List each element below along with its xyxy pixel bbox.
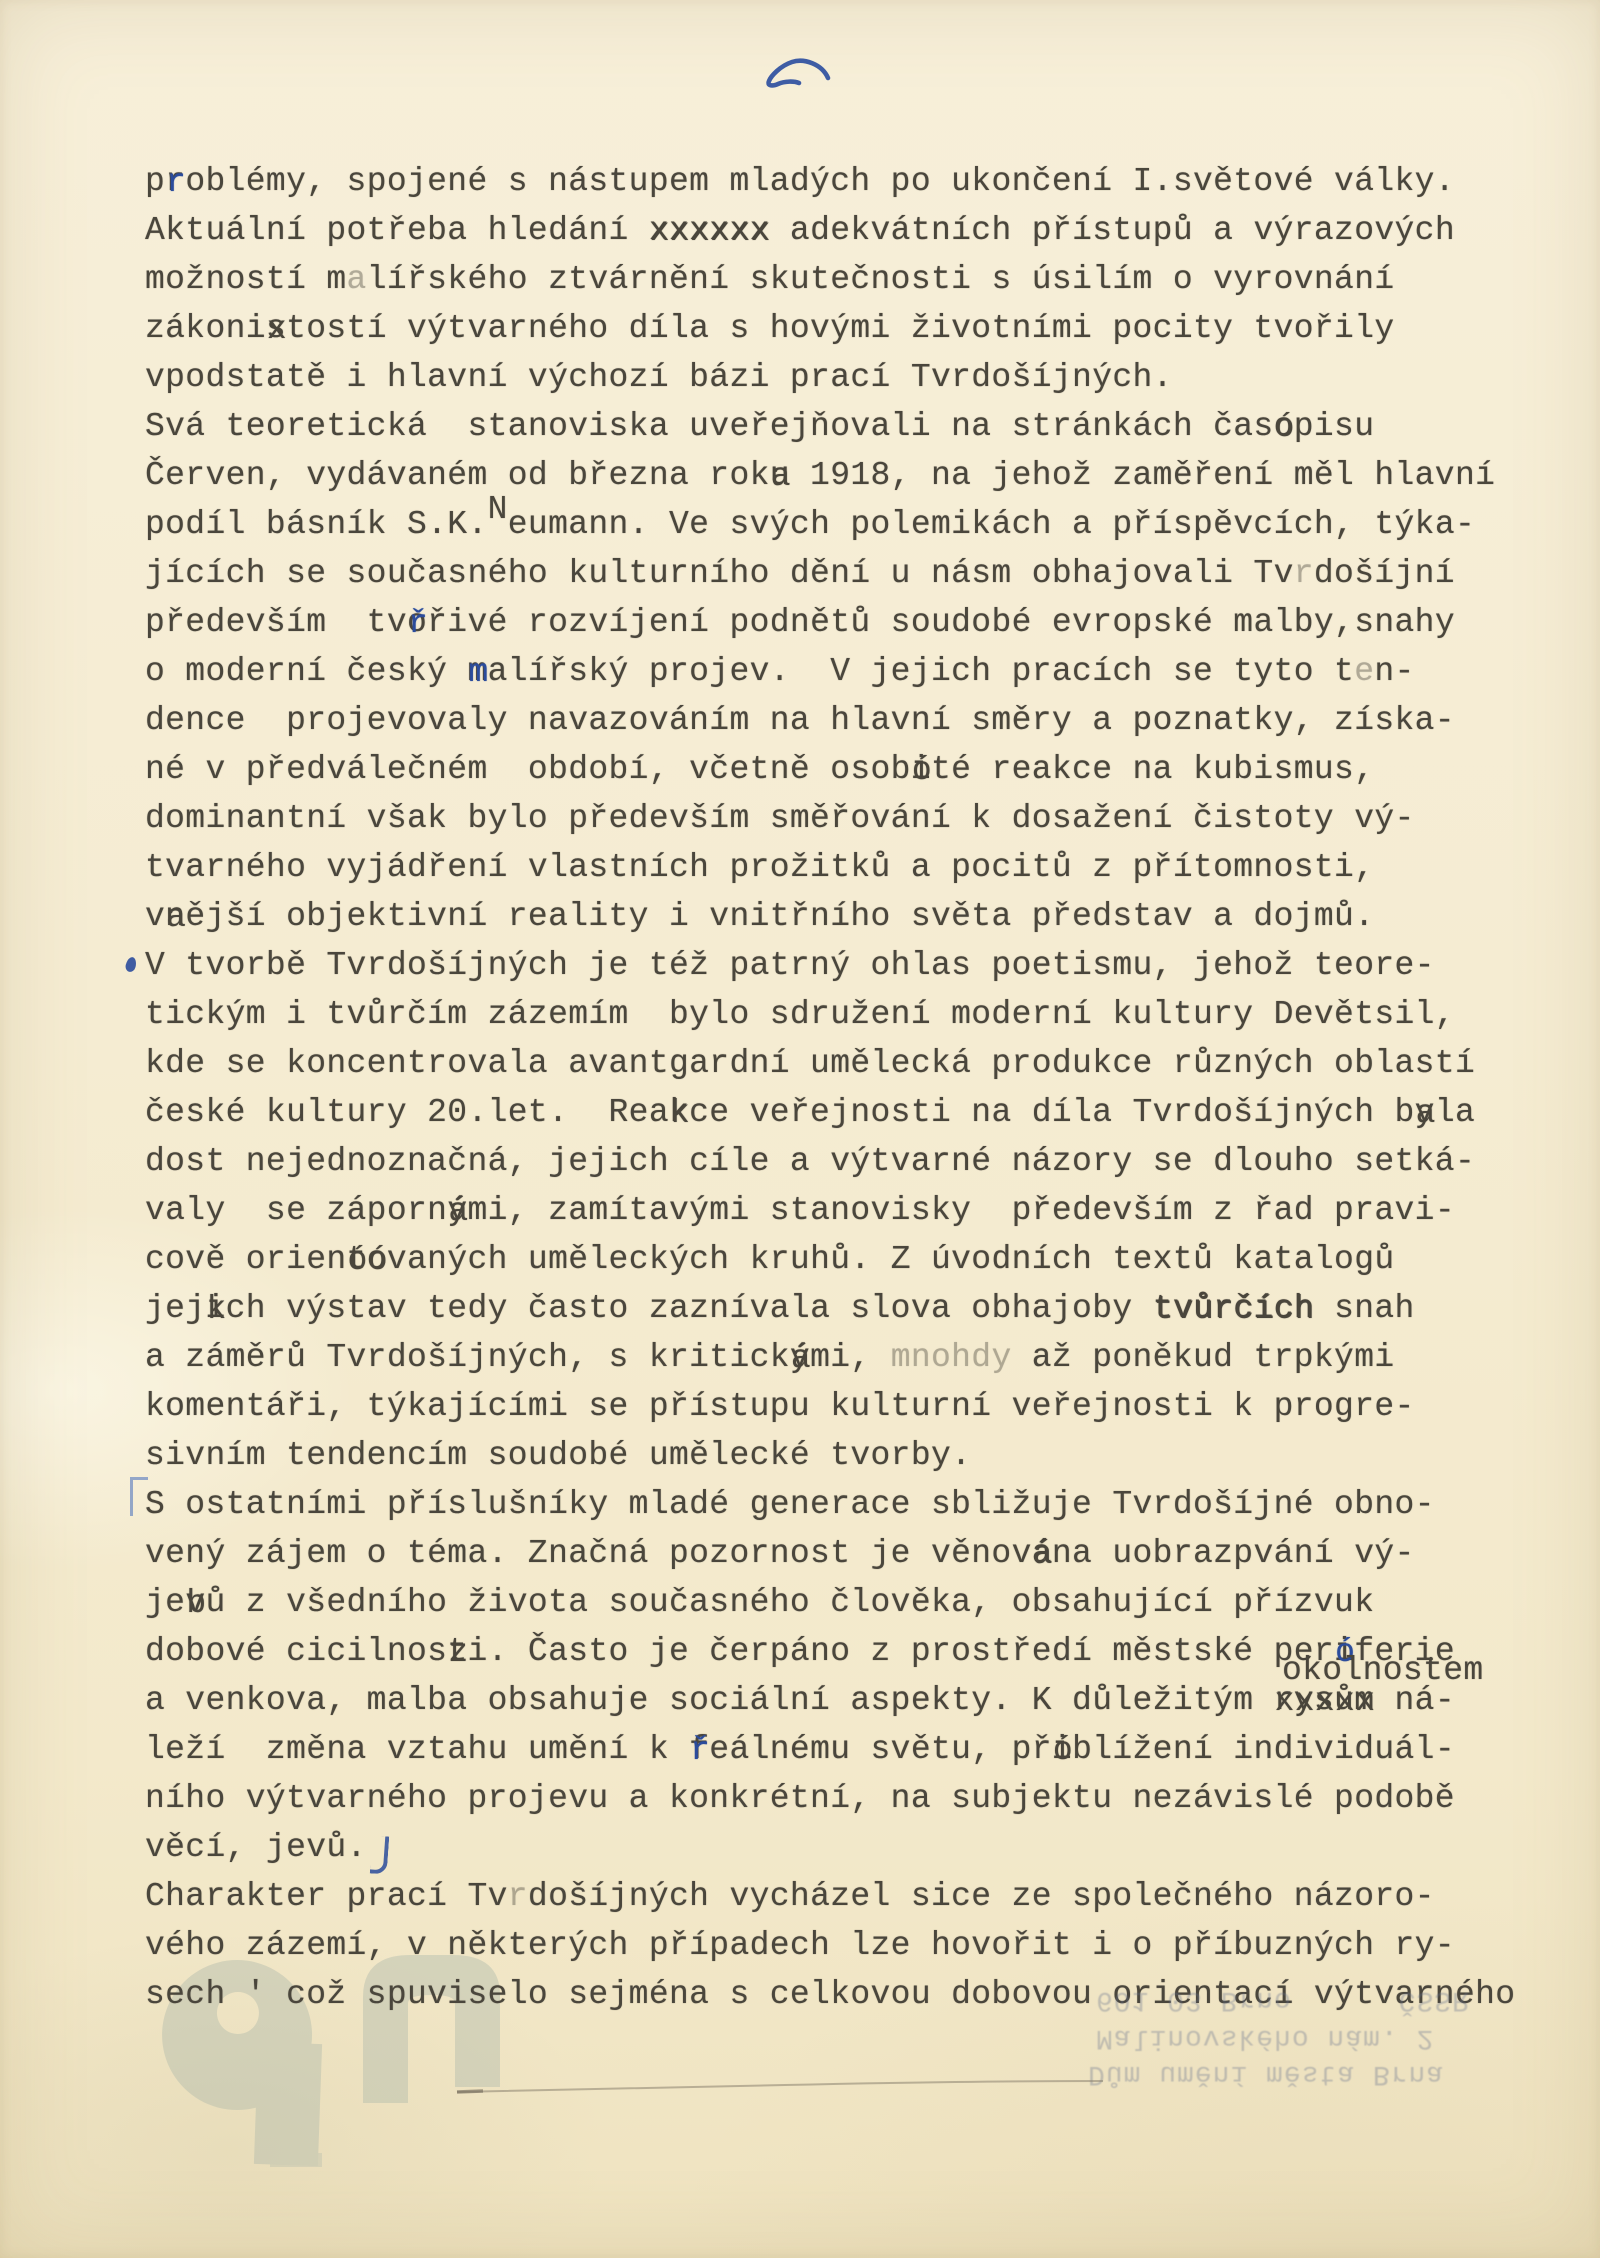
typed-segment: dominantní však bylo především směřování… [145, 794, 1415, 843]
typed-segment: vb [185, 1578, 205, 1627]
typed-segment: eumann. Ve svých polemikách a příspěvcíc… [508, 500, 1475, 549]
overtype-correction: ó [1275, 403, 1295, 452]
typed-segment: tvůrčíchtvůrčích [1153, 1284, 1314, 1333]
typed-segment: snah [1314, 1284, 1415, 1333]
typescript-body: prroblémy, spojené s nástupem mladých po… [145, 157, 1515, 2019]
typed-segment: ýá [447, 1186, 467, 1235]
typed-segment: Svá teoretická stanoviska uveřejňovali n… [145, 402, 1274, 451]
overtype-correction: r [166, 158, 186, 207]
typescript-line: Aktuální potřeba hledání xxxxxxxxxxxx ad… [145, 206, 1515, 255]
typed-segment: ik [205, 1284, 225, 1333]
typed-segment: mm [467, 647, 487, 696]
typed-segment: n- [1374, 647, 1414, 696]
typed-segment: v [145, 892, 165, 941]
typed-segment: eálnému světu, př [709, 1725, 1052, 1774]
typescript-line: kde se koncentrovala avantgardní uměleck… [145, 1039, 1515, 1088]
typescript-line: české kultury 20.let. Reakkce veřejnosti… [145, 1088, 1515, 1137]
typescript-line: S ostatními příslušníky mladé generace s… [145, 1480, 1515, 1529]
typed-segment: ější objektivní reality i vnitřního svět… [185, 892, 1374, 941]
overtype-correction: k [206, 1285, 226, 1334]
typed-segment: la [1435, 1088, 1475, 1137]
typescript-line: jejikch výstav tedy často zaznívala slov… [145, 1284, 1515, 1333]
typescript-line: tvarného vyjádření vlastních prožitků a … [145, 843, 1515, 892]
typed-segment: ů z všedního života současného člověka, … [205, 1578, 1374, 1627]
typed-segment: sx [266, 304, 286, 353]
typed-segment: leží změna vztahu umění k [145, 1725, 689, 1774]
typed-segment: xxxxxxxxxxxx [649, 206, 770, 255]
typed-segment: lířského ztvárnění skutečnosti s úsilím … [367, 255, 1395, 304]
typed-segment: valy se záporn [145, 1186, 447, 1235]
overtype-correction: x [267, 305, 287, 354]
typed-segment: dobové cicilnos [145, 1627, 447, 1676]
typed-segment: ua [770, 451, 790, 500]
typed-segment: je [145, 1578, 185, 1627]
overtype-correction: ř [690, 1726, 710, 1775]
typed-segment: adekvátních přístupů a výrazových [770, 206, 1455, 255]
typed-segment: ió [1052, 1725, 1072, 1774]
typescript-line: vnaější objektivní reality i vnitřního s… [145, 892, 1515, 941]
overtype-correction: a [166, 893, 186, 942]
typescript-line: komentáři, týkajícími se přístupu kultur… [145, 1382, 1515, 1431]
handwritten-page-number [752, 52, 838, 100]
typed-segment: vený zájem o téma. Značná pozornost je v… [145, 1529, 1032, 1578]
overtype-correction: a [1416, 1089, 1436, 1138]
overtype-correction: á [1033, 1530, 1053, 1579]
typed-segment: a [347, 255, 367, 304]
typed-segment: došíjných vycházel sice ze společného ná… [528, 1872, 1435, 1921]
overtype-correction: ó [912, 746, 932, 795]
typed-segment: Červen, vydávaném od března rok [145, 451, 770, 500]
overtype-correction: a [771, 452, 791, 501]
typescript-line: ního výtvarného projevu a konkrétní, na … [145, 1774, 1515, 1823]
typescript-line: Červen, vydávaném od března rokua 1918, … [145, 451, 1515, 500]
typescript-line: dominantní však bylo především směřování… [145, 794, 1515, 843]
typescript-line: cově orientoóóvaných uměleckých kruhů. Z… [145, 1235, 1515, 1284]
typescript-line: né v předválečném období, včetně osobiót… [145, 745, 1515, 794]
typed-segment: ya [1415, 1088, 1435, 1137]
bleedthrough-line: Malinovského nám. 2 [1096, 2022, 1434, 2053]
typed-segment: podíl básník S.K. [145, 500, 488, 549]
typed-segment: ió [911, 745, 931, 794]
typed-segment: alířský projev. V jejich pracích se tyto… [488, 647, 1355, 696]
overtype-correction: z [448, 1628, 468, 1677]
pencil-scratch-line [455, 2076, 1105, 2098]
typed-segment: ce veřejnosti na díla Tvrdošíjných b [689, 1088, 1415, 1137]
overtype-correction: m [468, 648, 488, 697]
overtype-correction: xxxxxx [650, 207, 771, 256]
typed-segment: áá [1032, 1529, 1052, 1578]
typed-segment: blížení individuál- [1072, 1725, 1455, 1774]
typescript-line: tickým i tvůrčím zázemím bylo sdružení m… [145, 990, 1515, 1039]
overtype-correction: ř [408, 599, 428, 648]
typescript-line: valy se zápornýámi, zamítavými stanovisk… [145, 1186, 1515, 1235]
typed-segment: p [145, 157, 165, 206]
typed-segment: oř [407, 598, 427, 647]
typed-insertion-above-line: okolnostem [1282, 1652, 1484, 1689]
typescript-line: V tvorbě Tvrdošíjných je též patrný ohla… [145, 941, 1515, 990]
typed-segment: věcí, jevů. [145, 1823, 367, 1872]
typed-segment: vaných uměleckých kruhů. Z úvodních text… [387, 1235, 1395, 1284]
typed-segment: oblémy, spojené s nástupem mladých po uk… [185, 157, 1455, 206]
overtype-correction: á [791, 1334, 811, 1383]
typescript-line: a záměrů Tvrdošíjných, s kritickýámi, mn… [145, 1333, 1515, 1382]
typed-segment: a venkova, malba obsahuje sociální aspek… [145, 1676, 1274, 1725]
overtype-correction: tvůrčích [1154, 1285, 1315, 1334]
scanned-document-page: prroblémy, spojené s nástupem mladých po… [0, 0, 1600, 2258]
typescript-line: Charakter prací Tvrdošíjných vycházel si… [145, 1872, 1515, 1921]
typed-segment: tickým i tvůrčím zázemím bylo sdružení m… [145, 990, 1455, 1039]
typed-segment: r [1294, 549, 1314, 598]
typed-segment: kk [669, 1088, 689, 1137]
typed-segment: mi, zamítavými stanovisky především z řa… [467, 1186, 1455, 1235]
typescript-line: jevbů z všedního života současného člově… [145, 1578, 1515, 1627]
bleedthrough-line: Dům umění města Brna [1088, 2058, 1444, 2089]
blue-margin-dot-mark [124, 956, 137, 973]
typed-segment: komentáři, týkajícími se přístupu kultur… [145, 1382, 1415, 1431]
typed-segment: až poněkud trpkými [1012, 1333, 1395, 1382]
typed-segment: tz [447, 1627, 467, 1676]
typed-segment: na uobrazpvání vý- [1052, 1529, 1415, 1578]
typed-segment: především tv [145, 598, 407, 647]
typed-segment: dost nejednoznačná, jejich cíle a výtvar… [145, 1137, 1475, 1186]
overtype-correction: á [448, 1187, 468, 1236]
typed-segment: N [488, 485, 508, 534]
typed-segment: jej [145, 1284, 205, 1333]
typescript-line: o moderní český mmalířský projev. V jeji… [145, 647, 1515, 696]
typed-segment: r [508, 1872, 528, 1921]
typed-segment: možností m [145, 255, 347, 304]
overtype-correction: k [670, 1089, 690, 1138]
typed-segment: vého zázemí, v některých případech lze h… [145, 1921, 1455, 1970]
typed-segment: na [165, 892, 185, 941]
typed-segment: oó [1274, 402, 1294, 451]
typed-segment: ního výtvarného projevu a konkrétní, na … [145, 1774, 1455, 1823]
typescript-line: dence projevovaly navazováním na hlavní … [145, 696, 1515, 745]
typescript-line: vený zájem o téma. Značná pozornost je v… [145, 1529, 1515, 1578]
typescript-line: prroblémy, spojené s nástupem mladých po… [145, 157, 1515, 206]
typescript-line: vpodstatě i hlavní výchozí bázi prací Tv… [145, 353, 1515, 402]
typescript-line: možností malířského ztvárnění skutečnost… [145, 255, 1515, 304]
typescript-line: především tvořřivé rozvíjení podnětů sou… [145, 598, 1515, 647]
overtype-correction: b [186, 1579, 206, 1628]
typed-segment: řivé rozvíjení podnětů soudobé evropské … [427, 598, 1455, 647]
typed-segment: toóó [347, 1235, 387, 1284]
typed-segment: cově orien [145, 1235, 347, 1284]
typescript-line: Svá teoretická stanoviska uveřejňovali n… [145, 402, 1515, 451]
typescript-line: sivním tendencím soudobé umělecké tvorby… [145, 1431, 1515, 1480]
typed-segment: tostí výtvarného díla s hovými životními… [286, 304, 1394, 353]
typed-segment: V tvorbě Tvrdošíjných je též patrný ohla… [145, 941, 1435, 990]
overtype-correction: óó [348, 1236, 388, 1285]
typed-segment: fř [689, 1725, 709, 1774]
blue-open-corner-bracket [130, 1477, 148, 1516]
typed-segment: té reakce na kubismus, [931, 745, 1374, 794]
typed-segment: pisu [1294, 402, 1375, 451]
typed-segment: S ostatními příslušníky mladé generace s… [145, 1480, 1435, 1529]
overtype-correction: ó [1053, 1726, 1073, 1775]
typed-segment: ch výstav tedy často zaznívala slova obh… [226, 1284, 1153, 1333]
typed-segment: jících se současného kulturního dění u n… [145, 549, 1294, 598]
bleedthrough-line: 601 03 Brno ČSSR [1096, 1984, 1470, 2015]
typed-segment: mi, [810, 1333, 891, 1382]
typescript-line: leží změna vztahu umění k fřeálnému svět… [145, 1725, 1515, 1774]
typescript-line: vého zázemí, v některých případech lze h… [145, 1921, 1515, 1970]
typescript-line: jících se současného kulturního dění u n… [145, 549, 1515, 598]
typed-segment: Aktuální potřeba hledání [145, 206, 649, 255]
typed-segment: mnohdy [891, 1333, 1012, 1382]
typed-segment: Charakter prací Tv [145, 1872, 508, 1921]
typescript-line: zákonisxtostí výtvarného díla s hovými ž… [145, 304, 1515, 353]
typed-segment: vpodstatě i hlavní výchozí bázi prací Tv… [145, 353, 1173, 402]
typed-segment: i. Často je čerpáno z prostředí městské … [467, 1627, 1334, 1676]
typescript-line: dost nejednoznačná, jejich cíle a výtvar… [145, 1137, 1515, 1186]
typed-segment: e [1354, 647, 1374, 696]
typed-segment: o moderní český [145, 647, 467, 696]
typed-segment: došíjní [1314, 549, 1455, 598]
typed-segment: sivním tendencím soudobé umělecké tvorby… [145, 1431, 971, 1480]
typed-segment: ýá [790, 1333, 810, 1382]
typed-segment: české kultury 20.let. Rea [145, 1088, 669, 1137]
typed-segment: dence projevovaly navazováním na hlavní … [145, 696, 1455, 745]
typed-segment: zákoni [145, 304, 266, 353]
typed-segment: né v předválečném období, včetně osob [145, 745, 911, 794]
typed-segment: tvarného vyjádření vlastních prožitků a … [145, 843, 1374, 892]
typed-segment: kde se koncentrovala avantgardní uměleck… [145, 1039, 1475, 1088]
typed-segment: 1918, na jehož zaměření měl hlavní [790, 451, 1495, 500]
typed-segment: a záměrů Tvrdošíjných, s kritick [145, 1333, 790, 1382]
typescript-line: věcí, jevů. [145, 1823, 1515, 1872]
typescript-line: podíl básník S.K.Neumann. Ve svých polem… [145, 500, 1515, 549]
typed-segment: rr [165, 157, 185, 206]
